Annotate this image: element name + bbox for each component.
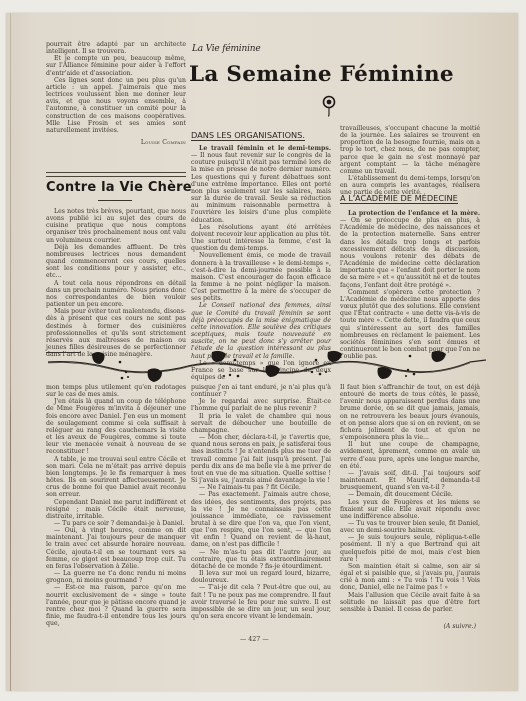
feuilleton-column-3: Il faut bien s'affranchir de tout, on es… (340, 384, 480, 630)
paragraph: — Il nous faut revenir sur le congrès de… (191, 152, 331, 223)
paragraph: — Tu pars ce soir ? demandai-je à Daniel… (46, 520, 186, 527)
paragraph: — Tu vas te trouver bien seule, fit Dani… (340, 520, 480, 534)
paragraph: Il faut bien s'affranchir de tout, on es… (340, 384, 480, 441)
paragraph: travailleuses, s'occupant chacune la moi… (340, 125, 480, 175)
paragraph: — J'avais soif, dit-il. J'ai toujours so… (340, 470, 480, 491)
paragraph: — Pas exactement. J'aimais autre chose, … (191, 491, 331, 548)
article-academie: La protection de l'enfance et la mère. —… (340, 210, 480, 360)
vine-ornament-icon (40, 348, 490, 388)
heading-organisations: DANS LES ORGANISATIONS. (191, 130, 305, 141)
paragraph: Les notes très brèves, pourtant, que nou… (46, 208, 186, 244)
paragraph: — On se préoccupe de plus en plus, à l'A… (340, 217, 480, 288)
paragraph: — Demain, dit doucement Cécile. (340, 491, 480, 498)
paragraph: — La guerre ne t'a donc rendu ni moins g… (46, 570, 186, 584)
paragraph: A table, je me trouvai seul entre Cécile… (46, 456, 186, 499)
paragraph: Ces lignes sont donc un peu plus qu'un a… (46, 77, 186, 134)
article-housing: pourrait être adapté par un architecte i… (46, 41, 186, 146)
paragraph: A tout cela nous répondrons en détail da… (46, 280, 186, 309)
paragraph: Et je compte un peu, beaucoup même, sur … (46, 55, 186, 76)
feuilleton-column-1: mon temps plus utilement qu'en radotages… (46, 384, 186, 627)
feuilleton-column-2: puisque j'en ai tant enduré, je n'ai plu… (191, 384, 331, 620)
to-be-continued: (A suivre.) (340, 623, 480, 630)
page-title: La Semaine Féminine (189, 62, 489, 87)
paragraph: — Ne m'as-tu pas dit l'autre jour, au co… (191, 549, 331, 570)
paragraph: pourrait être adapté par un architecte i… (46, 41, 186, 55)
ornament-icon (322, 95, 336, 117)
paragraph: — Oui, à vingt heures, comme on dit main… (46, 527, 186, 570)
paragraph: Il leva sur moi un regard lourd, bizarre… (191, 570, 331, 584)
paragraph: Mais l'allusion que Cécile avait faite à… (340, 592, 480, 613)
paragraph: — Je suis toujours seule, répliqua-t-ell… (340, 534, 480, 563)
lead-title: La protection de l'enfance et la mère. (348, 210, 480, 217)
page-fold (10, 13, 11, 691)
heading-academie: A L'ACADÉMIE DE MÉDECINE (340, 193, 458, 204)
article-organisations: Le travail féminin et le demi-temps. — I… (191, 145, 331, 381)
paragraph: — T'ai-je dit cela ? Peut-être que oui, … (191, 584, 331, 620)
paragraph: Je le regardai avec surprise. Était-ce l… (191, 398, 331, 412)
paragraph: Il pria le valet de chambre qui nous ser… (191, 413, 331, 434)
lead-title: Le travail féminin et le demi-temps. (199, 145, 331, 152)
paragraph: Cependant Daniel me parut indifférent et… (46, 499, 186, 520)
paragraph: — Ne l'aimais-tu pas ? fit Cécile. (191, 484, 331, 491)
author-signature: Louise Compain (46, 139, 186, 146)
article-vie-chere: Les notes très brèves, pourtant, que nou… (46, 208, 186, 358)
heading-vie-chere: Contre la Vie Chère (46, 180, 186, 195)
article-organisations-continued: travailleuses, s'occupant chacune la moi… (340, 125, 480, 197)
paragraph: Déjà les demandes affluent. De très nomb… (46, 244, 186, 280)
paragraph: Nouvellement émis, ce mode de travail do… (191, 252, 331, 302)
paragraph: — Mon cher, déclara-t-il, je t'avertis q… (191, 434, 331, 484)
paragraph: Les yeux de Fougères et les miens se fix… (340, 499, 480, 520)
paragraph: mon temps plus utilement qu'en radotages… (46, 384, 186, 398)
page-number: — 427 — (240, 636, 269, 643)
heading-underline (98, 200, 132, 201)
paragraph: Il but une coupe de champagne, avidement… (340, 441, 480, 470)
paragraph: J'en étais là quand un coup de téléphone… (46, 398, 186, 455)
section-divider (46, 172, 186, 177)
paragraph: — Est-ce ma raison, parce qu'on me nourr… (46, 584, 186, 627)
paragraph: Son maintien était si calme, son air si … (340, 563, 480, 592)
paragraph: puisque j'en ai tant enduré, je n'ai plu… (191, 384, 331, 398)
paragraph: Les résolutions ayant été arrêtées doive… (191, 224, 331, 253)
masthead: La Vie féminine (192, 44, 302, 54)
